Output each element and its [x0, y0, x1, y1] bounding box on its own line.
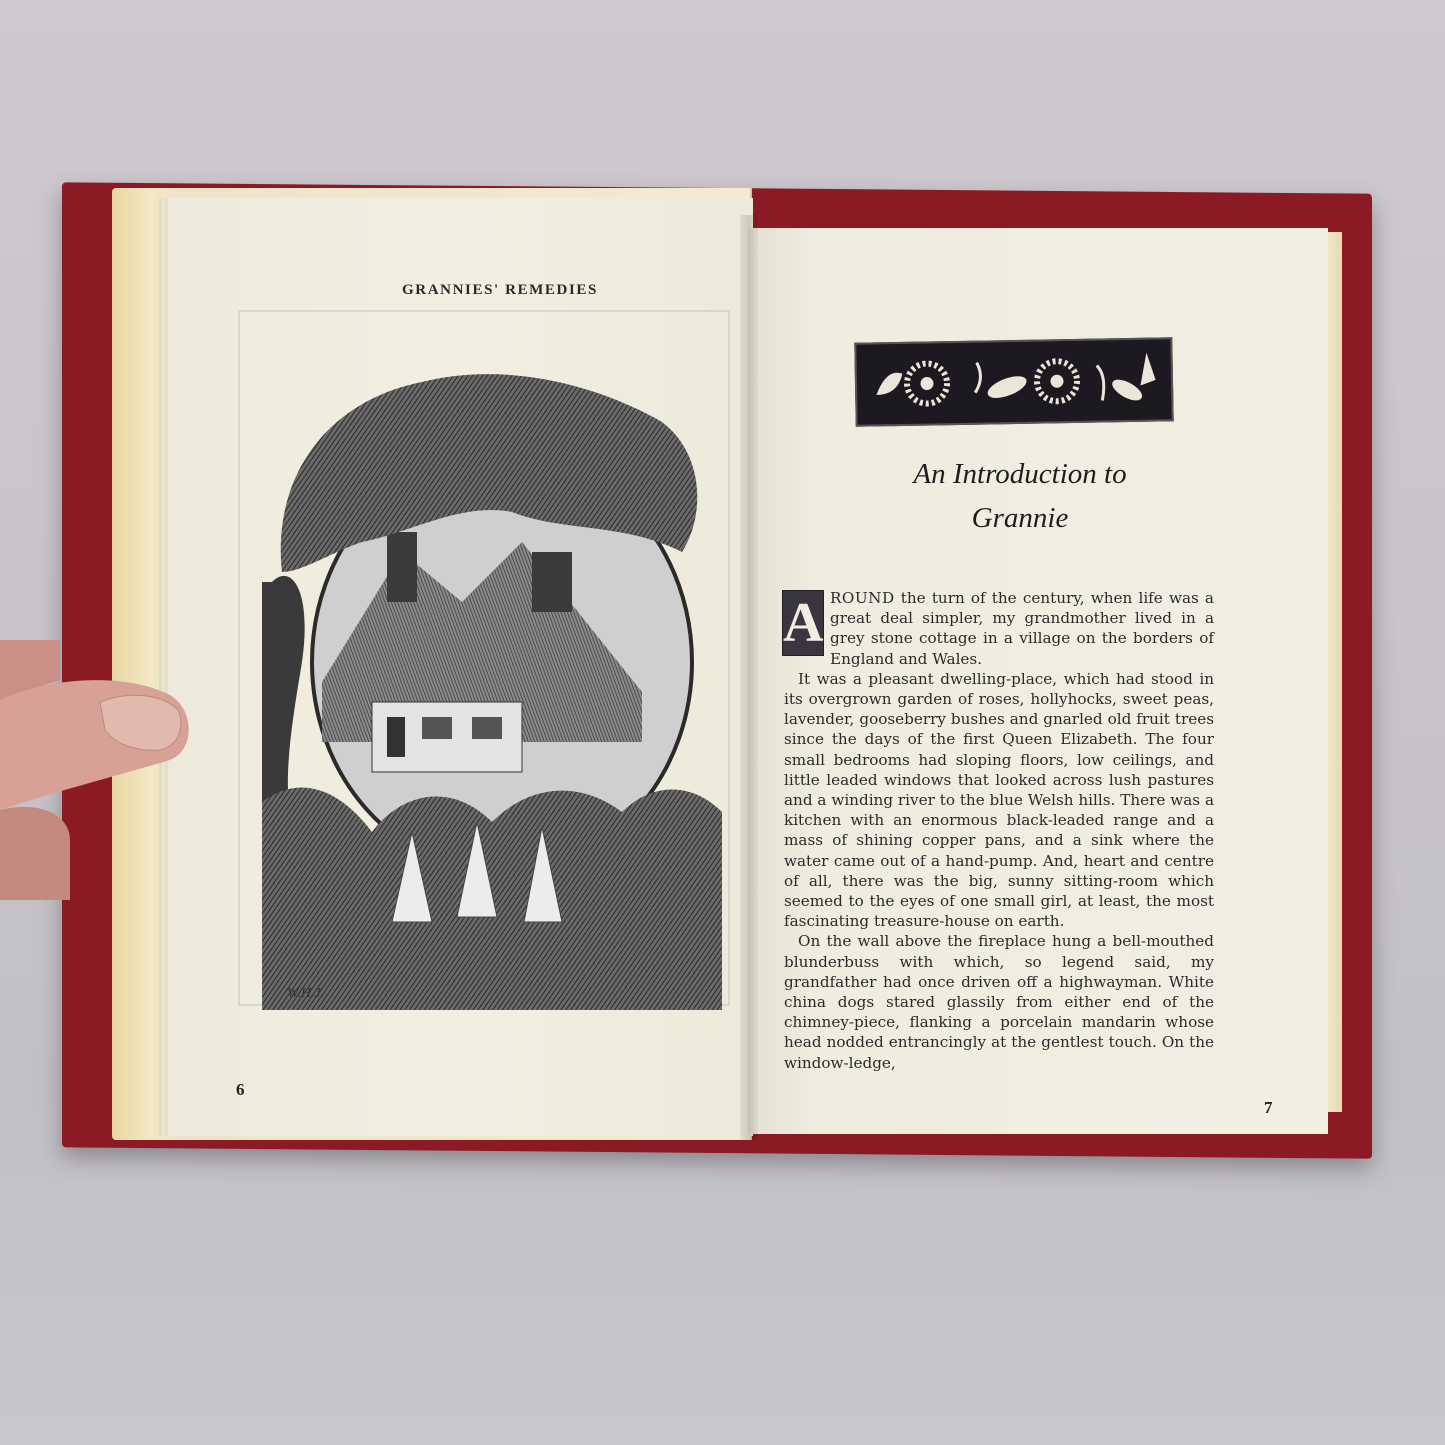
cottage-engraving-illustration: W.H.J. — [262, 362, 722, 1010]
hand-holding-book — [0, 640, 200, 900]
running-head: GRANNIES' REMEDIES — [360, 282, 640, 299]
chapter-title: An Introduction to Grannie — [860, 452, 1180, 540]
page-number-right: 7 — [1264, 1098, 1273, 1118]
paragraph-2: It was a pleasant dwelling-place, which … — [784, 669, 1214, 932]
chapter-title-line-1: An Introduction to — [860, 452, 1180, 496]
illustration-signature: W.H.J. — [287, 986, 324, 1001]
paragraph-1: AROUND the turn of the century, when lif… — [784, 588, 1214, 669]
paragraph-3: On the wall above the fireplace hung a b… — [784, 931, 1214, 1072]
chapter-title-line-2: Grannie — [860, 496, 1180, 540]
chapter-body-text: AROUND the turn of the century, when lif… — [784, 588, 1214, 1073]
drop-cap-letter: A — [782, 590, 824, 656]
book-gutter — [740, 215, 758, 1140]
first-word-rest: ROUND — [830, 589, 895, 607]
page-number-left: 6 — [236, 1080, 245, 1100]
photo-scene: GRANNIES' REMEDIES — [0, 0, 1445, 1445]
right-page-edge — [1328, 232, 1342, 1112]
floral-ornament-banner — [854, 337, 1173, 427]
